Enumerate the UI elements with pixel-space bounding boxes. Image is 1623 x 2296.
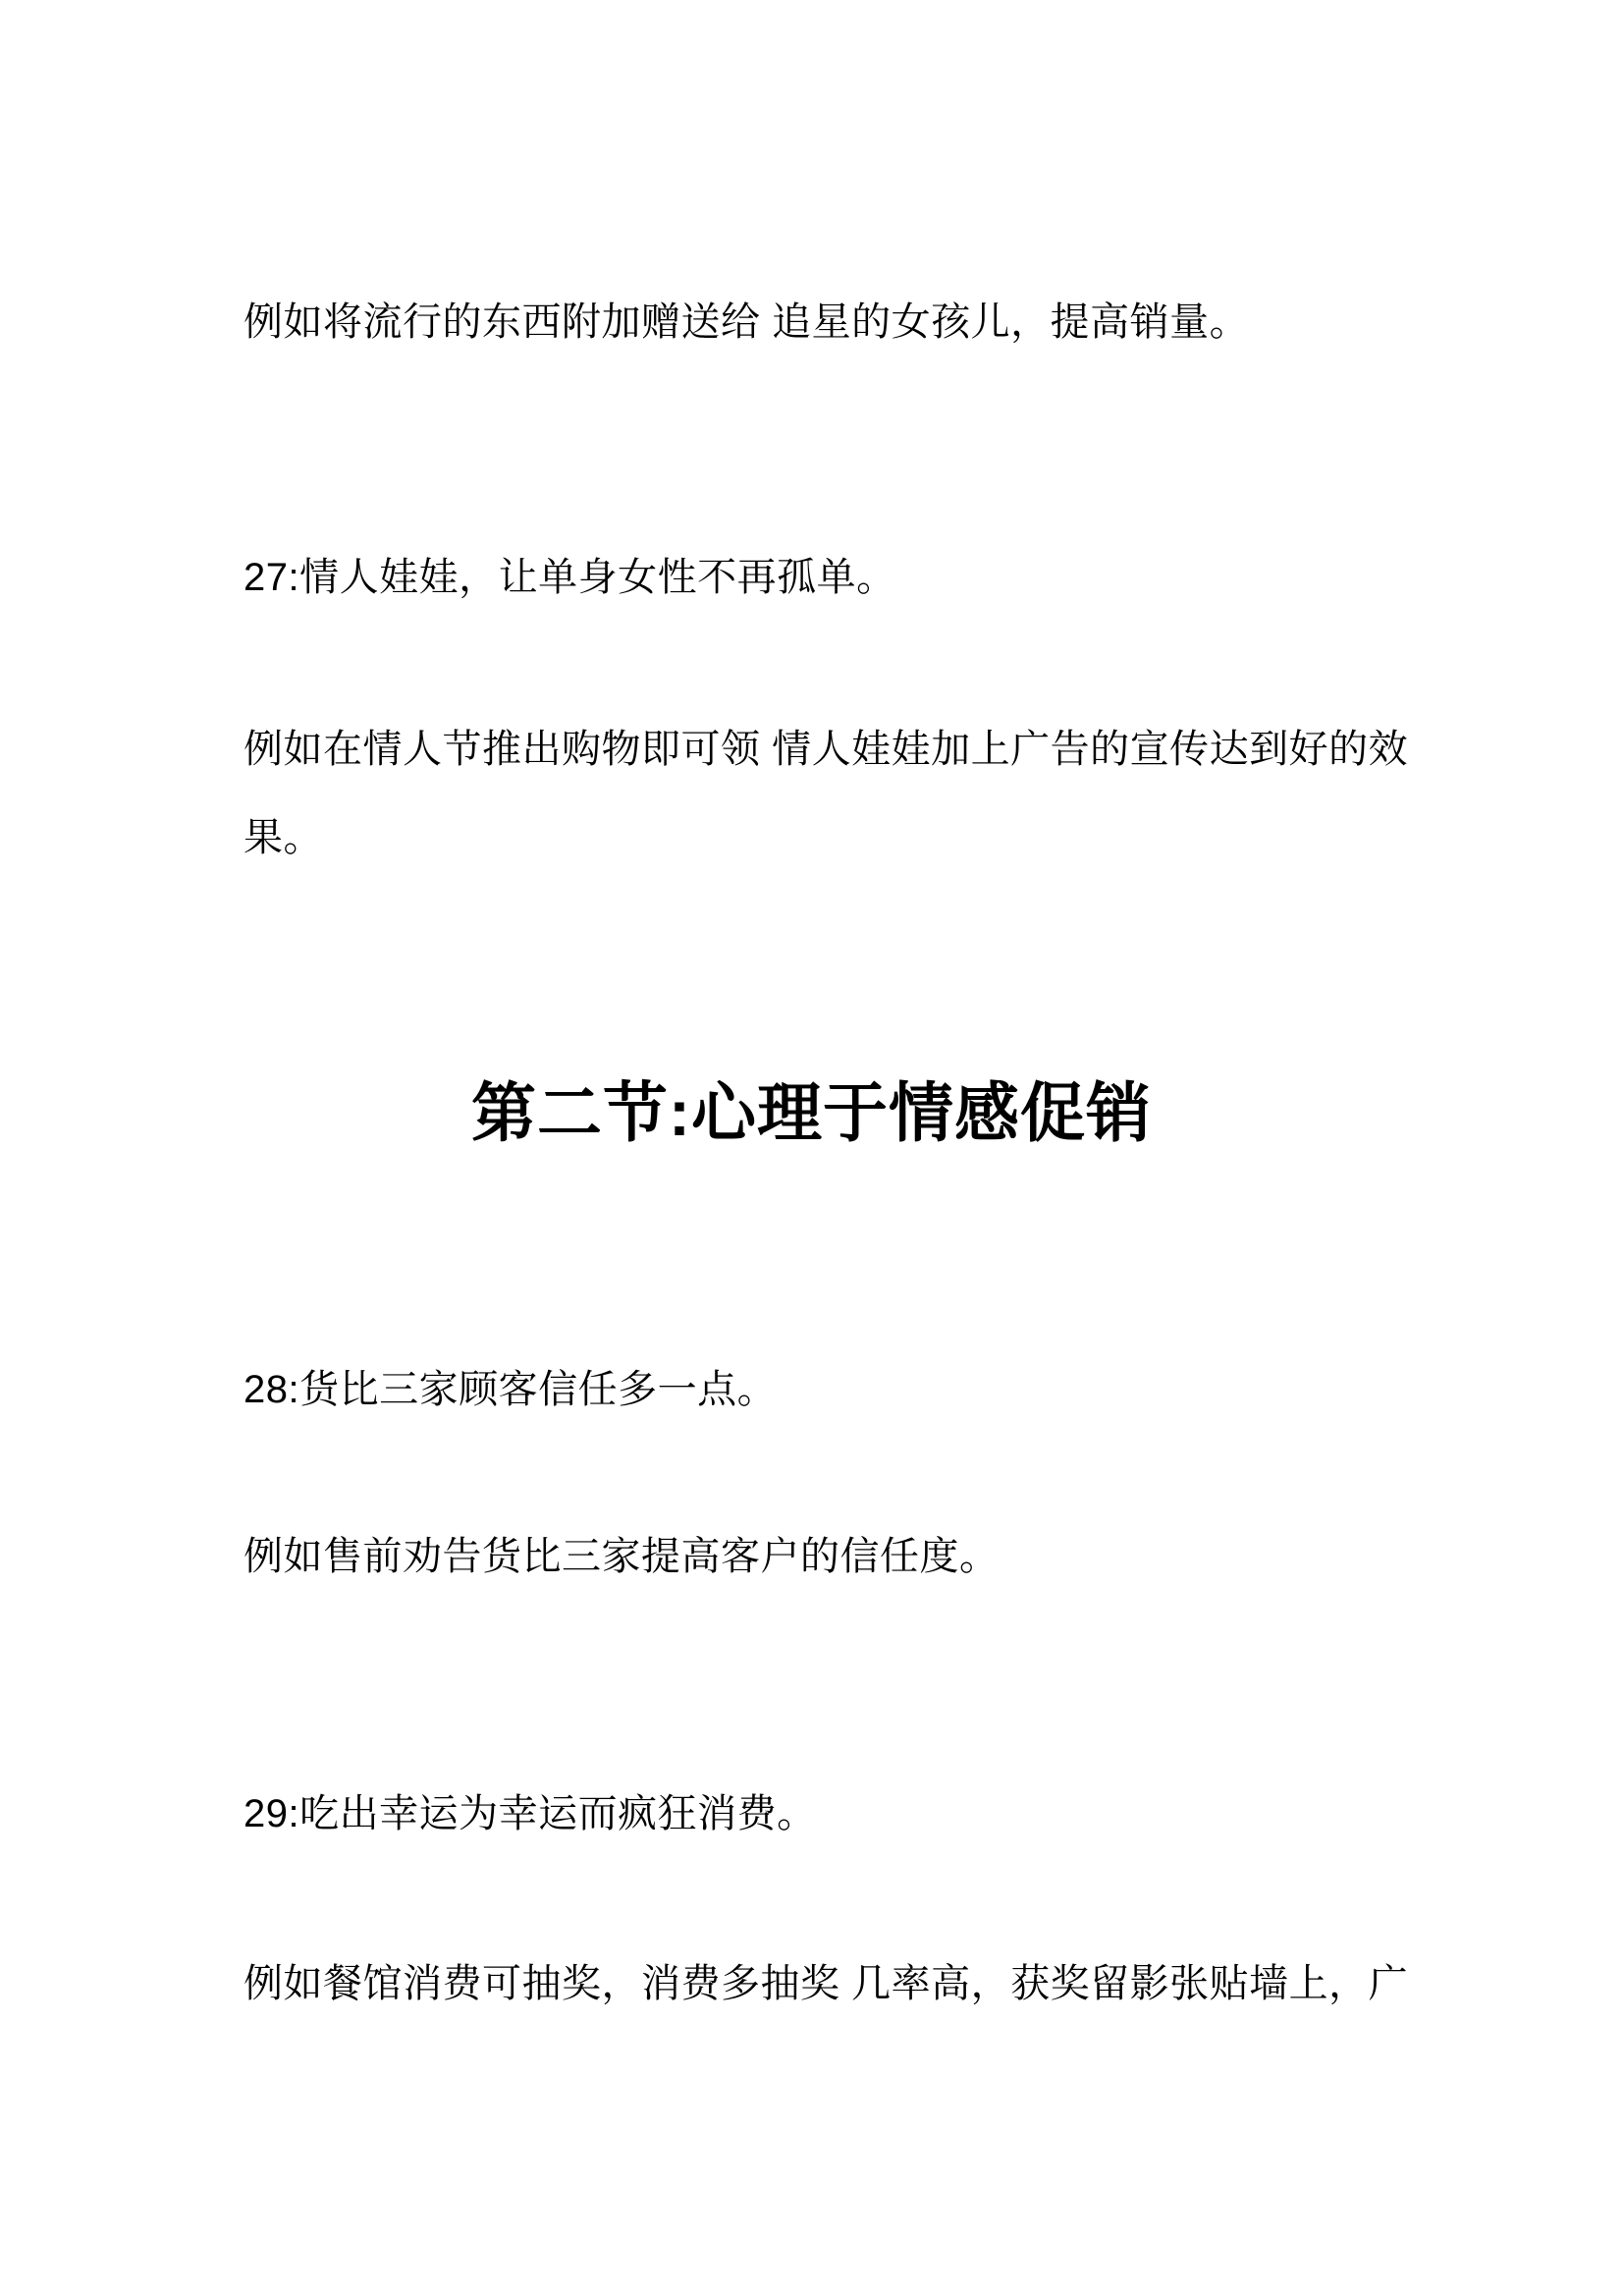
paragraph-line: 例如将流行的东西附加赠送给 追星的女孩儿，提高销量。 bbox=[243, 278, 1481, 366]
paragraph-line: 29:吃出幸运为幸运而疯狂消费。 bbox=[243, 1770, 1481, 1858]
document-page: 例如将流行的东西附加赠送给 追星的女孩儿，提高销量。 27:情人娃娃，让单身女性… bbox=[0, 0, 1623, 2296]
paragraph-line: 例如餐馆消费可抽奖，消费多抽奖 几率高，获奖留影张贴墙上，广 bbox=[243, 1940, 1481, 2028]
paragraph-line: 27:情人娃娃，让单身女性不再孤单。 bbox=[243, 533, 1481, 622]
paragraph: 例如在情人节推出购物即可领 情人娃娃加上广告的宣传达到好的效 果。 bbox=[243, 705, 1481, 882]
paragraph: 例如售前劝告货比三家提高客户的信任度。 bbox=[243, 1512, 1481, 1601]
paragraph: 27:情人娃娃，让单身女性不再孤单。 bbox=[243, 533, 1481, 622]
paragraph: 例如将流行的东西附加赠送给 追星的女孩儿，提高销量。 bbox=[243, 278, 1481, 366]
paragraph-line: 果。 bbox=[243, 793, 1481, 882]
paragraph-line: 例如售前劝告货比三家提高客户的信任度。 bbox=[243, 1512, 1481, 1601]
paragraph: 29:吃出幸运为幸运而疯狂消费。 bbox=[243, 1770, 1481, 1858]
paragraph-line: 28:货比三家顾客信任多一点。 bbox=[243, 1345, 1481, 1434]
paragraph: 例如餐馆消费可抽奖，消费多抽奖 几率高，获奖留影张贴墙上，广 bbox=[243, 1940, 1481, 2028]
section-heading: 第二节:心理于情感促销 bbox=[0, 1073, 1623, 1152]
paragraph: 28:货比三家顾客信任多一点。 bbox=[243, 1345, 1481, 1434]
paragraph-line: 例如在情人节推出购物即可领 情人娃娃加上广告的宣传达到好的效 bbox=[243, 705, 1481, 793]
